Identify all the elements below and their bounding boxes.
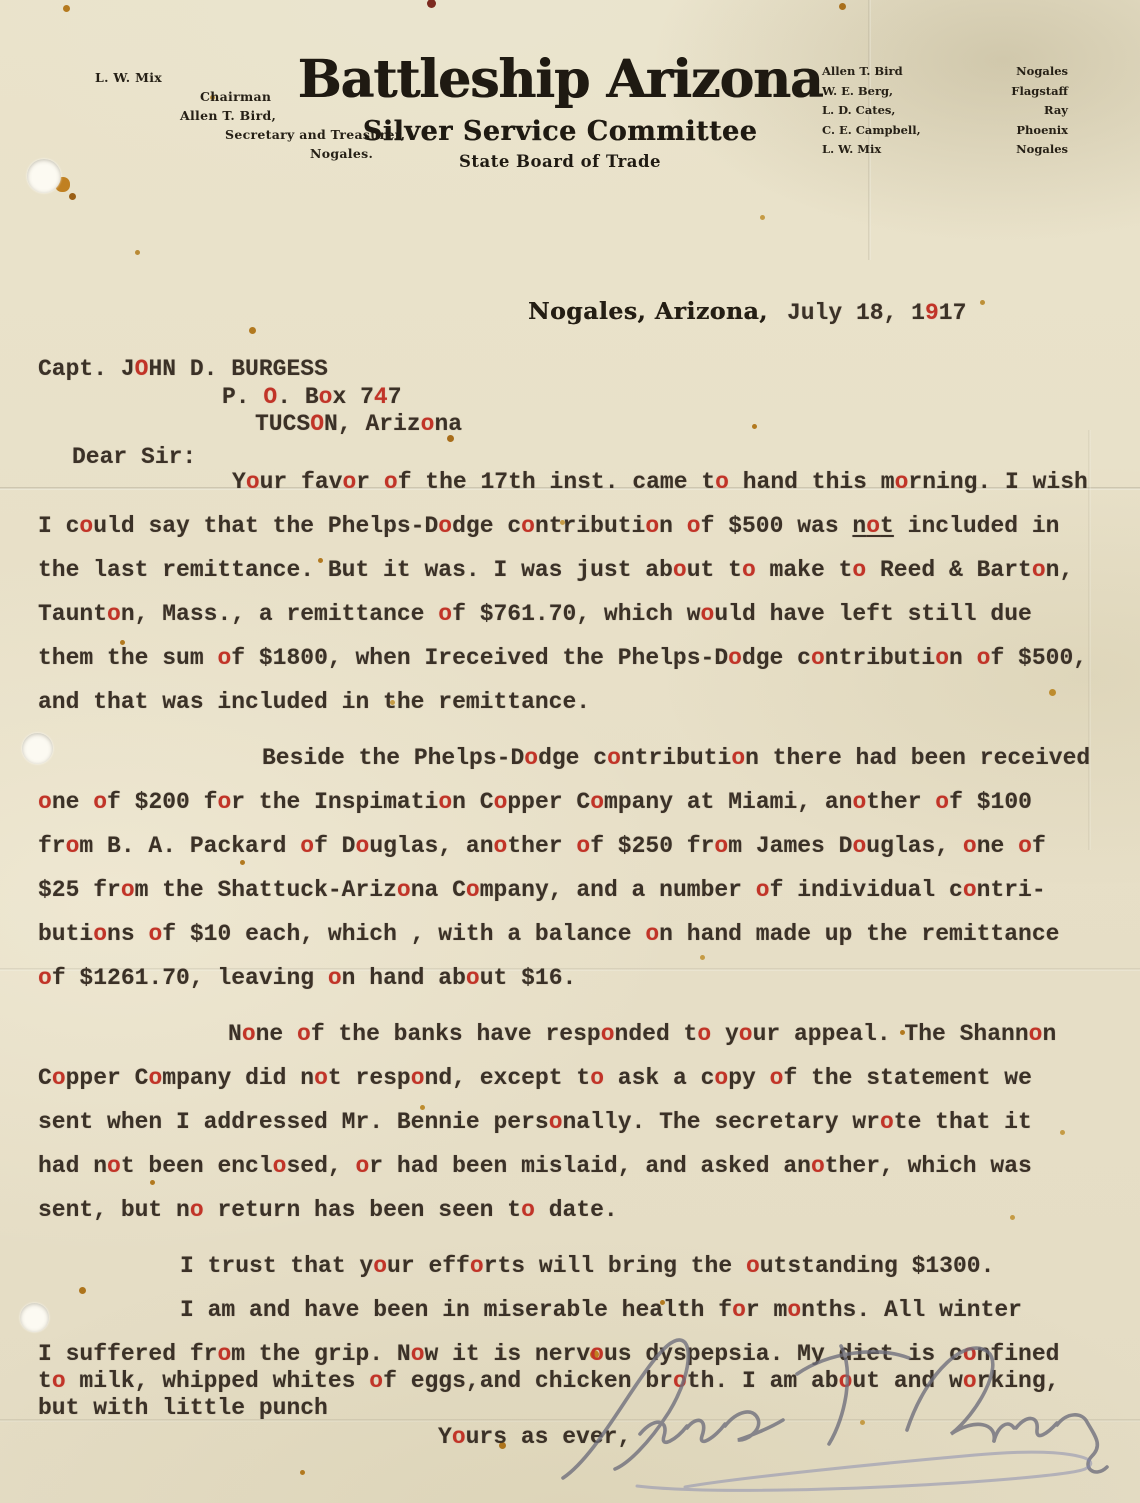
body-line: Beside the Phelps-Dodge contribution the… <box>38 746 1108 770</box>
body-line: sent, but no return has been seen to dat… <box>38 1198 1108 1222</box>
body-line: I could say that the Phelps-Dodge contri… <box>38 514 1108 538</box>
member-city: Phoenix <box>1016 121 1068 141</box>
body-line: $25 from the Shattuck-Arizona Company, a… <box>38 878 1108 902</box>
member-name: L. W. Mix <box>822 140 881 160</box>
letter-page: L. W. MixChairmanAllen T. Bird,Secretary… <box>0 0 1140 1503</box>
letterhead-center: Battleship Arizona Silver Service Commit… <box>280 52 840 171</box>
signature-handwritten <box>545 1328 1125 1500</box>
member-city: Ray <box>1044 101 1068 121</box>
letter-body: Your favor of the 17th inst. came to han… <box>38 462 1108 1449</box>
member-name: W. E. Berg, <box>822 82 893 102</box>
body-line: Copper Company did not respond, except t… <box>38 1066 1108 1090</box>
member-name: Allen T. Bird <box>822 62 903 82</box>
member-row: Allen T. BirdNogales <box>822 62 1068 82</box>
member-name: L. D. Cates, <box>822 101 895 121</box>
dateline: Nogales, Arizona, July 18, 1917 <box>528 297 966 326</box>
body-line: sent when I addressed Mr. Bennie persona… <box>38 1110 1108 1134</box>
member-row: L. W. MixNogales <box>822 140 1068 160</box>
recipient-line-2: P. O. Box 747 <box>222 384 402 410</box>
recipient-line-3: TUCSON, Arizona <box>255 411 462 437</box>
foxing-stains <box>0 0 5 5</box>
paragraphs: Your favor of the 17th inst. came to han… <box>38 470 1108 1420</box>
member-city: Nogales <box>1016 62 1068 82</box>
dateline-date: July 18, 1917 <box>787 300 966 326</box>
body-line: I trust that your efforts will bring the… <box>38 1254 1108 1278</box>
member-row: C. E. Campbell,Phoenix <box>822 121 1068 141</box>
member-city: Flagstaff <box>1011 82 1068 102</box>
body-line: had not been enclosed, or had been misla… <box>38 1154 1108 1178</box>
body-line: Your favor of the 17th inst. came to han… <box>38 470 1108 494</box>
letterhead-title: Battleship Arizona <box>280 52 840 108</box>
member-row: W. E. Berg,Flagstaff <box>822 82 1068 102</box>
body-line: them the sum of $1800, when Ireceived th… <box>38 646 1108 670</box>
member-name: C. E. Campbell, <box>822 121 921 141</box>
body-line: one of $200 for the Inspimation Copper C… <box>38 790 1108 814</box>
letterhead-subtitle: Silver Service Committee <box>280 116 840 147</box>
body-line: butions of $10 each, which , with a bala… <box>38 922 1108 946</box>
body-line: the last remittance. But it was. I was j… <box>38 558 1108 582</box>
recipient-line-1: Capt. JOHN D. BURGESS <box>38 356 328 382</box>
body-line: and that was included in the remittance. <box>38 690 1108 714</box>
punch-hole <box>27 159 61 193</box>
signature-flourish <box>637 1452 1091 1490</box>
body-line: from B. A. Packard of Douglas, another o… <box>38 834 1108 858</box>
body-line: I am and have been in miserable health f… <box>38 1298 1108 1322</box>
letterhead-members-right: Allen T. BirdNogalesW. E. Berg,Flagstaff… <box>822 62 1068 160</box>
body-line: Taunton, Mass., a remittance of $761.70,… <box>38 602 1108 626</box>
dateline-place: Nogales, Arizona, <box>528 297 768 325</box>
body-line: None of the banks have responded to your… <box>38 1022 1108 1046</box>
body-line: of $1261.70, leaving on hand about $16. <box>38 966 1108 990</box>
member-row: L. D. Cates,Ray <box>822 101 1068 121</box>
letterhead-organization: State Board of Trade <box>280 152 840 171</box>
member-city: Nogales <box>1016 140 1068 160</box>
